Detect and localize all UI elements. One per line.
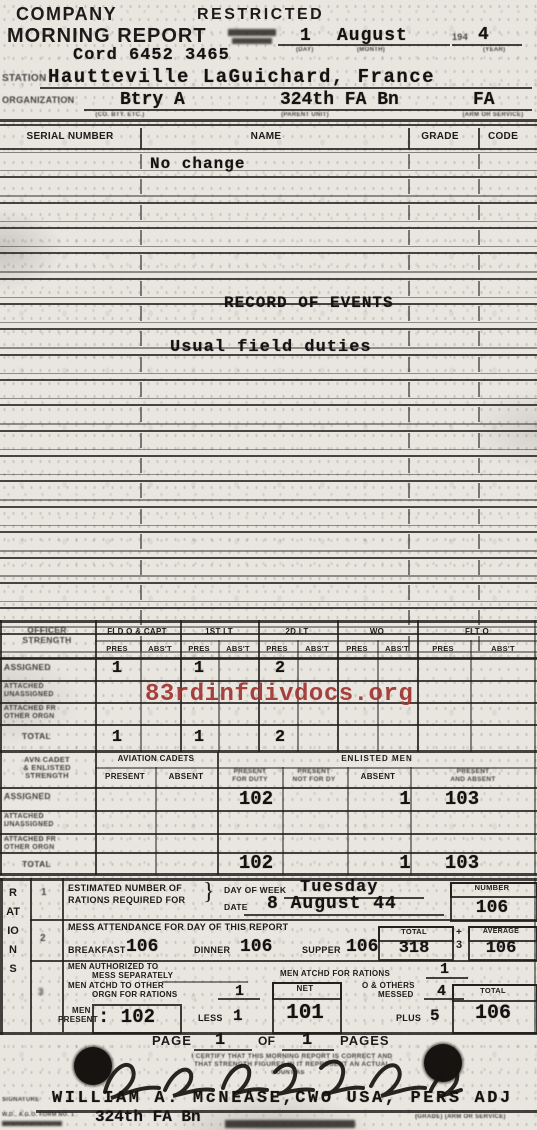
column-tick: [478, 458, 480, 473]
officer-table-border: [0, 620, 537, 623]
officer-sub-pres: PRES: [106, 645, 128, 653]
divide-plus-glyph: +: [456, 928, 462, 939]
column-tick: [408, 205, 410, 220]
atchd-other-underline: [218, 998, 260, 1000]
present-and-absent-sublabel: PRESENT: [457, 769, 490, 776]
officer-assigned-fldo-pres: 1: [112, 660, 122, 677]
roster-col-code: CODE: [488, 132, 518, 143]
enlisted-table-border: [0, 752, 2, 875]
less-value: 1: [233, 1008, 243, 1024]
officer-row-assigned-label: ASSIGNED: [4, 663, 51, 672]
cadets-present-sublabel: PRESENT: [105, 773, 145, 781]
mess-total-value: 318: [399, 940, 430, 957]
column-tick: [140, 407, 142, 422]
column-tick: [478, 382, 480, 397]
ink-smudge: [2, 1121, 62, 1126]
divide-by-three: 3: [456, 940, 462, 952]
ink-smudge: [225, 1120, 355, 1128]
month-sublabel: (MONTH): [357, 47, 385, 53]
enlisted-table-line: [0, 833, 537, 835]
rations-date-value: 8 August 44: [267, 895, 397, 913]
station-value: Hautteville LaGuichard, France: [48, 68, 435, 87]
roster-row: [0, 356, 537, 381]
officer-sub-abst: ABS'T: [226, 645, 250, 653]
estimated-rations-label: RATIONS REQUIRED FOR: [68, 896, 185, 905]
year-printed-prefix: 194: [452, 33, 468, 42]
morning-report-document: COMPANY RESTRICTED MORNING REPORT 1 Augu…: [0, 0, 537, 1130]
column-tick: [478, 636, 480, 651]
column-tick: [140, 179, 142, 194]
roster-row: [0, 482, 537, 507]
orgn-for-rations-label: ORGN FOR RATIONS: [92, 991, 178, 999]
column-tick: [478, 560, 480, 575]
rations-section2-number: 2: [40, 934, 46, 945]
rations-date-underline: [244, 914, 444, 916]
roster-row: [0, 178, 537, 203]
column-tick: [140, 331, 142, 346]
enlisted-row-attached-label: UNASSIGNED: [4, 821, 54, 828]
year-underline: [452, 44, 522, 46]
others-messed-label: MESSED: [378, 991, 414, 999]
officer-sub-pres: PRES: [188, 645, 210, 653]
enlisted-absent-sublabel: ABSENT: [361, 773, 396, 781]
enlisted-table-line: [217, 752, 219, 875]
enlisted-table-line: [282, 767, 284, 875]
net-label: NET: [297, 985, 314, 993]
column-tick: [408, 331, 410, 346]
present-not-for-duty-sublabel: PRESENT: [298, 769, 331, 776]
unit-designation: 324th FA Bn: [95, 1109, 201, 1125]
column-tick: [408, 458, 410, 473]
mess-total-label: TOTAL: [401, 928, 427, 936]
roster-rows: [0, 153, 537, 620]
org-parent-sublabel: (PARENT UNIT): [281, 112, 329, 118]
officer-table-line: [140, 640, 142, 752]
column-tick: [140, 154, 142, 169]
roster-row: [0, 204, 537, 229]
officer-strength-stub: OFFICER: [27, 626, 66, 635]
mess-average-label: AVERAGE: [483, 928, 519, 935]
officer-group-2lt: 2D LT: [285, 628, 308, 636]
column-tick: [478, 534, 480, 549]
column-tick: [478, 230, 480, 245]
enlisted-row-attached-fr-label: OTHER ORGN: [4, 844, 54, 851]
column-tick: [140, 560, 142, 575]
officer-table-line: [0, 724, 537, 726]
column-tick: [140, 509, 142, 524]
org-co-sublabel: (CO. BTY. ETC.): [95, 112, 144, 118]
less-label: LESS: [198, 1014, 223, 1023]
column-tick: [408, 560, 410, 575]
org-parent-value: 324th FA Bn: [280, 91, 399, 109]
enlisted-total-present-for-duty: 102: [239, 854, 273, 873]
column-tick: [408, 306, 410, 321]
present-and-absent-sublabel: AND ABSENT: [450, 777, 495, 784]
officer-total-fldo-pres: 1: [112, 729, 122, 746]
roster-column-line: [478, 128, 480, 149]
enlisted-table-line: [155, 767, 157, 875]
column-tick: [140, 255, 142, 270]
column-tick: [408, 483, 410, 498]
present-for-duty-sublabel: FOR DUTY: [232, 777, 268, 784]
officer-group-wo: WO: [370, 628, 384, 636]
column-tick: [478, 154, 480, 169]
enlisted-assigned-present-for-duty: 102: [239, 790, 273, 809]
column-tick: [478, 205, 480, 220]
header-divider-rule: [0, 124, 537, 126]
page-number: 1: [215, 1032, 225, 1049]
rations-line: [30, 878, 32, 1032]
mess-attendance-title: MESS ATTENDANCE FOR DAY OF THIS REPORT: [68, 923, 288, 932]
column-tick: [478, 433, 480, 448]
aviation-cadets-group-label: AVIATION CADETS: [118, 755, 195, 763]
rations-line: [62, 878, 64, 1032]
plus-label: PLUS: [396, 1014, 421, 1023]
officer-total-1lt-pres: 1: [194, 729, 204, 746]
column-tick: [140, 357, 142, 372]
breakfast-label: BREAKFAST: [68, 946, 126, 955]
column-tick: [478, 509, 480, 524]
supper-label: SUPPER: [302, 946, 341, 955]
column-tick: [408, 154, 410, 169]
rations-section1-number: 1: [41, 888, 47, 899]
column-tick: [408, 382, 410, 397]
officer-table-border: [0, 620, 2, 752]
column-tick: [478, 407, 480, 422]
column-tick: [140, 433, 142, 448]
pages-label: PAGES: [340, 1034, 390, 1048]
column-tick: [140, 306, 142, 321]
enlisted-row-total-label: TOTAL: [22, 860, 51, 869]
column-tick: [408, 585, 410, 600]
number-label: NUMBER: [475, 884, 510, 892]
enlisted-row-attached-fr-label: ATTACHED FR: [4, 836, 56, 843]
officer-sub-pres: PRES: [432, 645, 454, 653]
column-tick: [408, 357, 410, 372]
enlisted-table-border: [534, 752, 536, 875]
rations-section3-number: 3: [38, 988, 44, 999]
org-arm-sublabel: (ARM OR SERVICE): [462, 112, 523, 118]
record-of-events-title: RECORD OF EVENTS: [224, 295, 394, 311]
officer-sub-abst: ABS'T: [148, 645, 172, 653]
roster-row: [0, 508, 537, 533]
rations-total-value: 106: [475, 1004, 511, 1024]
officer-sub-pres: PRES: [346, 645, 368, 653]
column-tick: [140, 382, 142, 397]
officer-sub-abst: ABS'T: [305, 645, 329, 653]
present-not-for-duty-sublabel: NOT FOR DY: [292, 777, 335, 784]
present-for-duty-sublabel: PRESENT: [234, 769, 267, 776]
mess-separately-label: MESS SEPARATELY: [92, 972, 173, 980]
date-year-value: 4: [478, 26, 489, 44]
roster-row: [0, 381, 537, 406]
signature-label: SIGNATURE: [2, 1097, 40, 1103]
men-present-value: : 102: [98, 1008, 155, 1027]
enlisted-row-assigned-label: ASSIGNED: [4, 792, 51, 801]
column-tick: [140, 534, 142, 549]
signed-name: WILLIAM A. McNEASE,CWO USA, PERS ADJ: [52, 1090, 513, 1107]
roster-col-grade: GRADE: [421, 132, 459, 143]
station-label: STATION: [2, 74, 47, 85]
station-underline: [40, 87, 532, 89]
column-tick: [408, 255, 410, 270]
officer-row-attached-fr-label: OTHER ORGN: [4, 713, 54, 720]
plus-value: 5: [430, 1008, 440, 1024]
roster-header-rule: [0, 148, 537, 150]
ink-stamp-smudge: [232, 38, 272, 44]
form-number-line: W.D., A.G.O. FORM NO. 1: [2, 1113, 74, 1119]
watermark: 83rdinfdivdocs.org: [145, 681, 413, 708]
roster-row: [0, 457, 537, 482]
number-value: 106: [476, 899, 508, 917]
officer-strength-stub: STRENGTH: [22, 636, 71, 645]
roster-entry: No change: [150, 156, 245, 172]
enlisted-total-present-and-absent: 103: [445, 854, 479, 873]
officer-sub-abst: ABS'T: [385, 645, 409, 653]
officer-table-border: [534, 620, 536, 752]
roster-row: [0, 229, 537, 254]
officer-table-line: [417, 620, 419, 752]
roster-row: [0, 254, 537, 279]
officer-assigned-1lt-pres: 1: [194, 660, 204, 677]
officer-table-line: [95, 620, 97, 752]
column-tick: [408, 407, 410, 422]
enlisted-table-line: [95, 752, 97, 875]
of-label: OF: [258, 1035, 275, 1048]
others-messed-value: 4: [437, 984, 446, 999]
grade-arm-sublabel: (GRADE) (ARM OR SERVICE): [415, 1114, 506, 1120]
column-tick: [478, 179, 480, 194]
officer-sub-abst: ABS'T: [491, 645, 515, 653]
column-tick: [408, 509, 410, 524]
roster-row: [0, 584, 537, 609]
officer-group-flto: FLT O: [465, 628, 489, 636]
officer-row-attached-fr-label: ATTACHED FR: [4, 705, 56, 712]
date-month-value: August: [337, 27, 408, 45]
rations-total-label: TOTAL: [480, 987, 506, 995]
pages-total: 1: [302, 1032, 312, 1049]
column-tick: [478, 306, 480, 321]
roster-column-line: [408, 128, 410, 149]
officer-table-border: [0, 750, 537, 753]
rations-border: [0, 878, 537, 881]
form-title: MORNING REPORT: [7, 26, 207, 47]
enlisted-table-line: [0, 810, 537, 812]
date-underline: [278, 44, 450, 46]
dinner-value: 106: [240, 938, 272, 956]
column-tick: [478, 281, 480, 296]
officer-table-line: [470, 640, 472, 752]
column-tick: [140, 281, 142, 296]
org-arm-value: FA: [473, 91, 495, 109]
column-tick: [478, 255, 480, 270]
brace-glyph: }: [203, 880, 215, 905]
estimated-rations-label: ESTIMATED NUMBER OF: [68, 884, 182, 893]
code-line: Cord 6452 3465: [73, 47, 230, 64]
column-tick: [408, 281, 410, 296]
form-type-label: COMPANY: [16, 5, 117, 24]
dinner-label: DINNER: [194, 946, 230, 955]
rations-date-label: DATE: [224, 903, 248, 912]
enlisted-assigned-absent: 1: [399, 790, 410, 809]
classification-stamp: RESTRICTED: [197, 7, 324, 24]
column-tick: [140, 483, 142, 498]
roster-row: [0, 432, 537, 457]
column-tick: [478, 585, 480, 600]
officer-row-attached-label: UNASSIGNED: [4, 691, 54, 698]
enlisted-table-line: [347, 767, 349, 875]
breakfast-value: 106: [126, 938, 158, 956]
officer-sub-pres: PRES: [266, 645, 288, 653]
column-tick: [140, 585, 142, 600]
column-tick: [478, 331, 480, 346]
officer-table-line: [0, 657, 537, 659]
men-atchd-for-rations-label: MEN ATCHD FOR RATIONS: [280, 970, 390, 978]
roster-row: [0, 406, 537, 431]
officer-total-2lt-pres: 2: [275, 729, 285, 746]
roster-row: [0, 533, 537, 558]
page-label: PAGE: [152, 1034, 192, 1048]
org-unit-value: Btry A: [120, 91, 185, 109]
cadets-absent-sublabel: ABSENT: [169, 773, 204, 781]
roster-row: [0, 153, 537, 178]
enlisted-strength-stub: STRENGTH: [25, 772, 69, 780]
officer-group-1lt: 1ST LT: [205, 628, 233, 636]
roster-col-serial: SERIAL NUMBER: [26, 132, 113, 143]
roster-column-line: [140, 128, 142, 149]
column-tick: [140, 230, 142, 245]
roster-col-name: NAME: [251, 132, 282, 143]
rations-border: [0, 878, 3, 1035]
column-tick: [408, 534, 410, 549]
roster-row: [0, 559, 537, 584]
record-of-events-entry: Usual field duties: [170, 339, 372, 356]
enlisted-assigned-present-and-absent: 103: [445, 790, 479, 809]
men-atchd-other-value: 1: [235, 984, 244, 999]
officer-row-total-label: TOTAL: [22, 732, 51, 741]
rations-vertical-label: RATIONS: [6, 884, 20, 979]
men-atchd-underline: [426, 977, 468, 979]
officer-assigned-2lt-pres: 2: [275, 660, 285, 677]
organization-underline: [84, 109, 532, 111]
mess-average-value: 106: [486, 940, 517, 957]
column-tick: [408, 433, 410, 448]
enlisted-total-absent: 1: [399, 854, 410, 873]
officer-group-fldo: FLD O & CAPT: [107, 628, 167, 636]
officer-row-attached-label: ATTACHED: [4, 683, 44, 690]
organization-label: ORGANIZATION: [2, 96, 74, 105]
column-tick: [140, 458, 142, 473]
ink-stamp-smudge: [228, 29, 276, 36]
header-divider-rule: [0, 119, 537, 122]
year-sublabel: (YEAR): [483, 47, 505, 53]
enlisted-row-attached-label: ATTACHED: [4, 813, 44, 820]
day-sublabel: (DAY): [296, 47, 314, 53]
net-value: 101: [286, 1003, 324, 1024]
enlisted-men-group-label: ENLISTED MEN: [341, 755, 413, 763]
column-tick: [478, 357, 480, 372]
date-day-value: 1: [300, 27, 311, 45]
column-tick: [408, 179, 410, 194]
column-tick: [140, 205, 142, 220]
men-atchd-for-rations-value: 1: [440, 962, 449, 977]
column-tick: [408, 230, 410, 245]
column-tick: [478, 483, 480, 498]
supper-value: 106: [346, 938, 378, 956]
